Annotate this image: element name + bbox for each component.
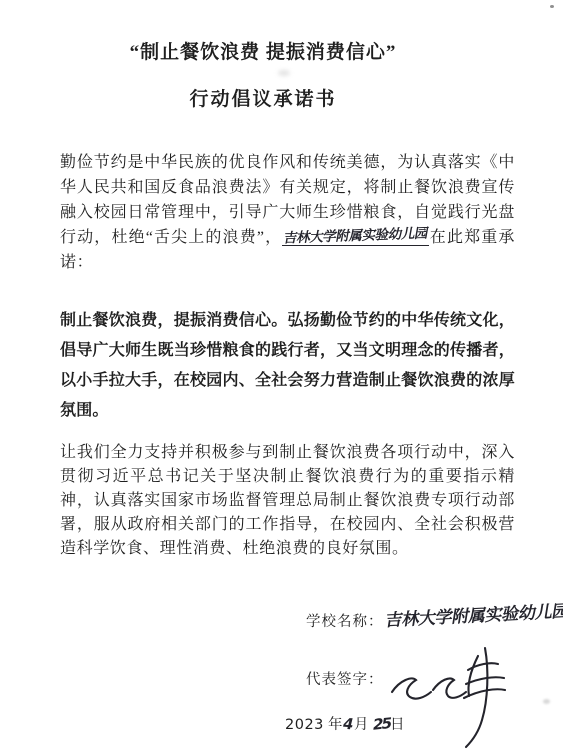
date-row: 2023 年4月 25日 [285, 713, 563, 734]
representative-signature-row: 代表签字： [306, 668, 563, 689]
paragraph-intro: 勤俭节约是中华民族的优良作风和传统美德，为认真落实《中华人民共和国反食品浪费法》… [60, 150, 515, 275]
document-title-line2: 行动倡议承诺书 [35, 87, 491, 113]
representative-signature-label: 代表签字： [306, 672, 384, 688]
document-title-block: “制止餐饮浪费 提振消费信心” 行动倡议承诺书 [0, 40, 541, 113]
school-name-row: 学校名称：吉林大学附属实验幼儿园分 [306, 606, 563, 631]
paragraph-pledge: 制止餐饮浪费，提振消费信心。弘扬勤俭节约的中华传统文化，倡导广大师生既当珍惜粮食… [60, 306, 515, 426]
document-page: “制止餐饮浪费 提振消费信心” 行动倡议承诺书 勤俭节约是中华民族的优良作风和传… [0, 0, 563, 751]
scan-artifact-speck [550, 5, 554, 8]
date-month-unit: 月 [354, 717, 369, 733]
school-name-label: 学校名称： [306, 614, 384, 630]
date-day-unit: 日 [390, 717, 405, 733]
document-title-line1: “制止餐饮浪费 提振消费信心” [35, 40, 491, 66]
date-year: 2023 [285, 717, 324, 733]
scan-artifact-smudge [278, 70, 290, 76]
school-name-underline: 吉林大学附属实验幼儿园 [282, 231, 429, 246]
handwritten-school-name-inline: 吉林大学附属实验幼儿园 [283, 227, 429, 246]
date-day-handwritten: 25 [372, 714, 392, 734]
paragraph-action: 让我们全力支持并积极参与到制止餐饮浪费各项行动中，深入贯彻习近平总书记关于坚决制… [60, 441, 515, 561]
scan-artifact-smudge [543, 699, 550, 704]
handwritten-school-name-footer: 吉林大学附属实验幼儿园分 [384, 596, 563, 631]
